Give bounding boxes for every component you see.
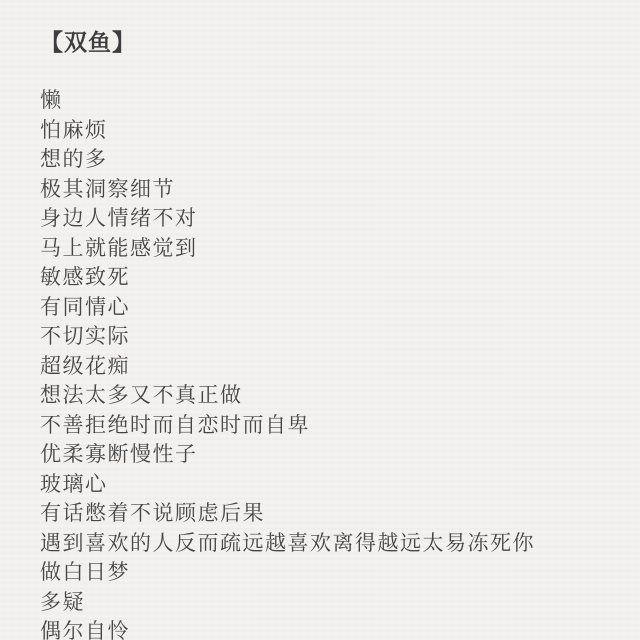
list-item: 遇到喜欢的人反而疏远越喜欢离得越远太易冻死你 xyxy=(40,529,610,559)
trait-list: 懒怕麻烦想的多极其洞察细节身边人情绪不对马上就能感觉到敏感致死有同情心不切实际超… xyxy=(40,86,610,640)
list-item: 玻璃心 xyxy=(40,470,610,500)
list-item: 极其洞察细节 xyxy=(40,175,610,205)
list-item: 身边人情绪不对 xyxy=(40,204,610,234)
list-item: 有话憋着不说顾虑后果 xyxy=(40,499,610,529)
list-item: 马上就能感觉到 xyxy=(40,234,610,264)
list-item: 想法太多又不真正做 xyxy=(40,381,610,411)
list-item: 不切实际 xyxy=(40,322,610,352)
list-item: 多疑 xyxy=(40,588,610,618)
page-title: 【双鱼】 xyxy=(40,28,610,56)
list-item: 超级花痴 xyxy=(40,352,610,382)
list-item: 懒 xyxy=(40,86,610,116)
text-page: 【双鱼】 懒怕麻烦想的多极其洞察细节身边人情绪不对马上就能感觉到敏感致死有同情心… xyxy=(0,0,640,640)
list-item: 敏感致死 xyxy=(40,263,610,293)
list-item: 有同情心 xyxy=(40,293,610,323)
list-item: 不善拒绝时而自恋时而自卑 xyxy=(40,411,610,441)
list-item: 优柔寡断慢性子 xyxy=(40,440,610,470)
list-item: 怕麻烦 xyxy=(40,116,610,146)
list-item: 想的多 xyxy=(40,145,610,175)
list-item: 做白日梦 xyxy=(40,558,610,588)
list-item: 偶尔自怜 xyxy=(40,617,610,640)
